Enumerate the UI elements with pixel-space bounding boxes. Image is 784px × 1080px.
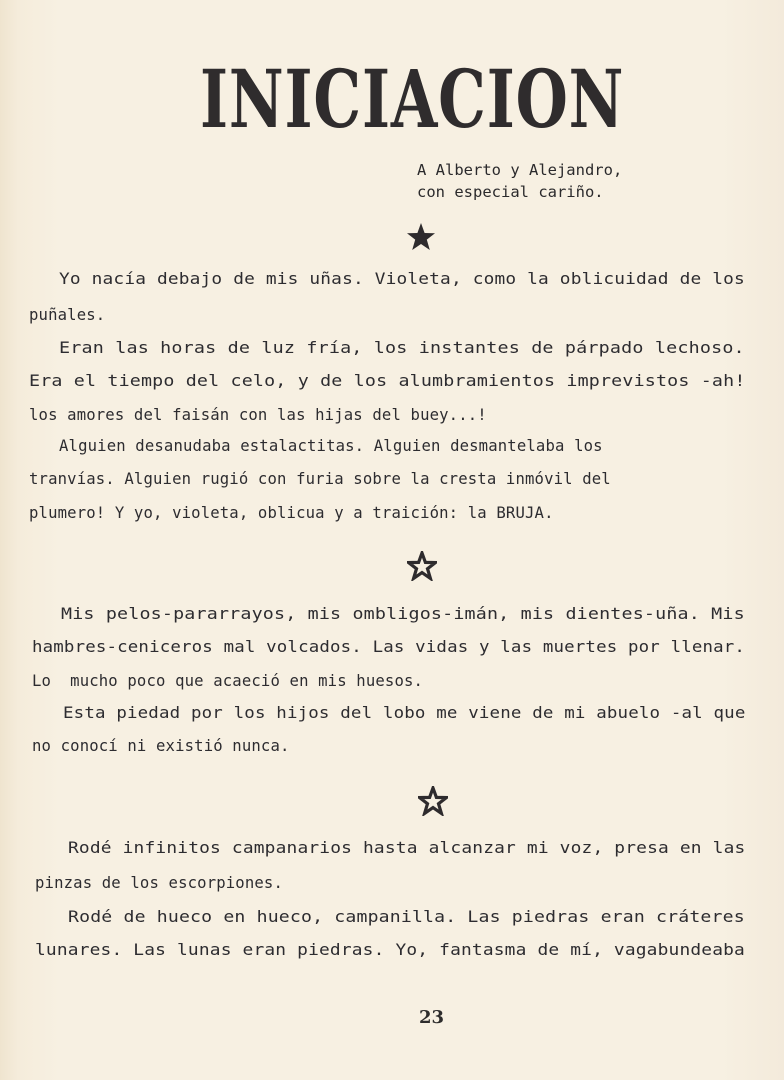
text-line: no conocí ni existió nunca. [32,736,290,756]
star-outline-icon [407,551,437,581]
text-line: lunares. Las lunas eran piedras. Yo, fan… [35,940,745,960]
dedication-line-2: con especial cariño. [417,181,604,203]
text-line: Eran las horas de luz fría, los instante… [59,338,745,358]
text-line: los amores del faisán con las hijas del … [29,405,487,425]
text-line: hambres-ceniceros mal volcados. Las vida… [32,637,745,657]
text-line: Rodé de hueco en hueco, campanilla. Las … [68,907,745,927]
text-line: plumero! Y yo, violeta, oblicua y a trai… [29,503,554,523]
text-line: pinzas de los escorpiones. [35,873,283,893]
dedication-line-1: A Alberto y Alejandro, [417,159,622,181]
star-filled-icon [406,222,436,252]
text-line: Alguien desanudaba estalactitas. Alguien… [59,436,603,456]
chapter-title-text: INICIACION [200,60,624,140]
text-line: Esta piedad por los hijos del lobo me vi… [63,703,746,723]
text-line: Mis pelos-pararrayos, mis ombligos-imán,… [61,604,745,624]
book-page: INICIACION A Alberto y Alejandro, con es… [0,0,784,1080]
chapter-title: INICIACION [200,60,624,140]
text-line: Yo nacía debajo de mis uñas. Violeta, co… [59,269,745,289]
page-number: 23 [419,1007,444,1029]
text-line: Lo mucho poco que acaeció en mis huesos. [32,671,423,691]
text-line: tranvías. Alguien rugió con furia sobre … [29,469,611,489]
text-line: Rodé infinitos campanarios hasta alcanza… [68,838,745,858]
text-line: Era el tiempo del celo, y de los alumbra… [29,371,746,391]
text-line: puñales. [29,305,105,325]
star-outline-icon [418,786,448,816]
